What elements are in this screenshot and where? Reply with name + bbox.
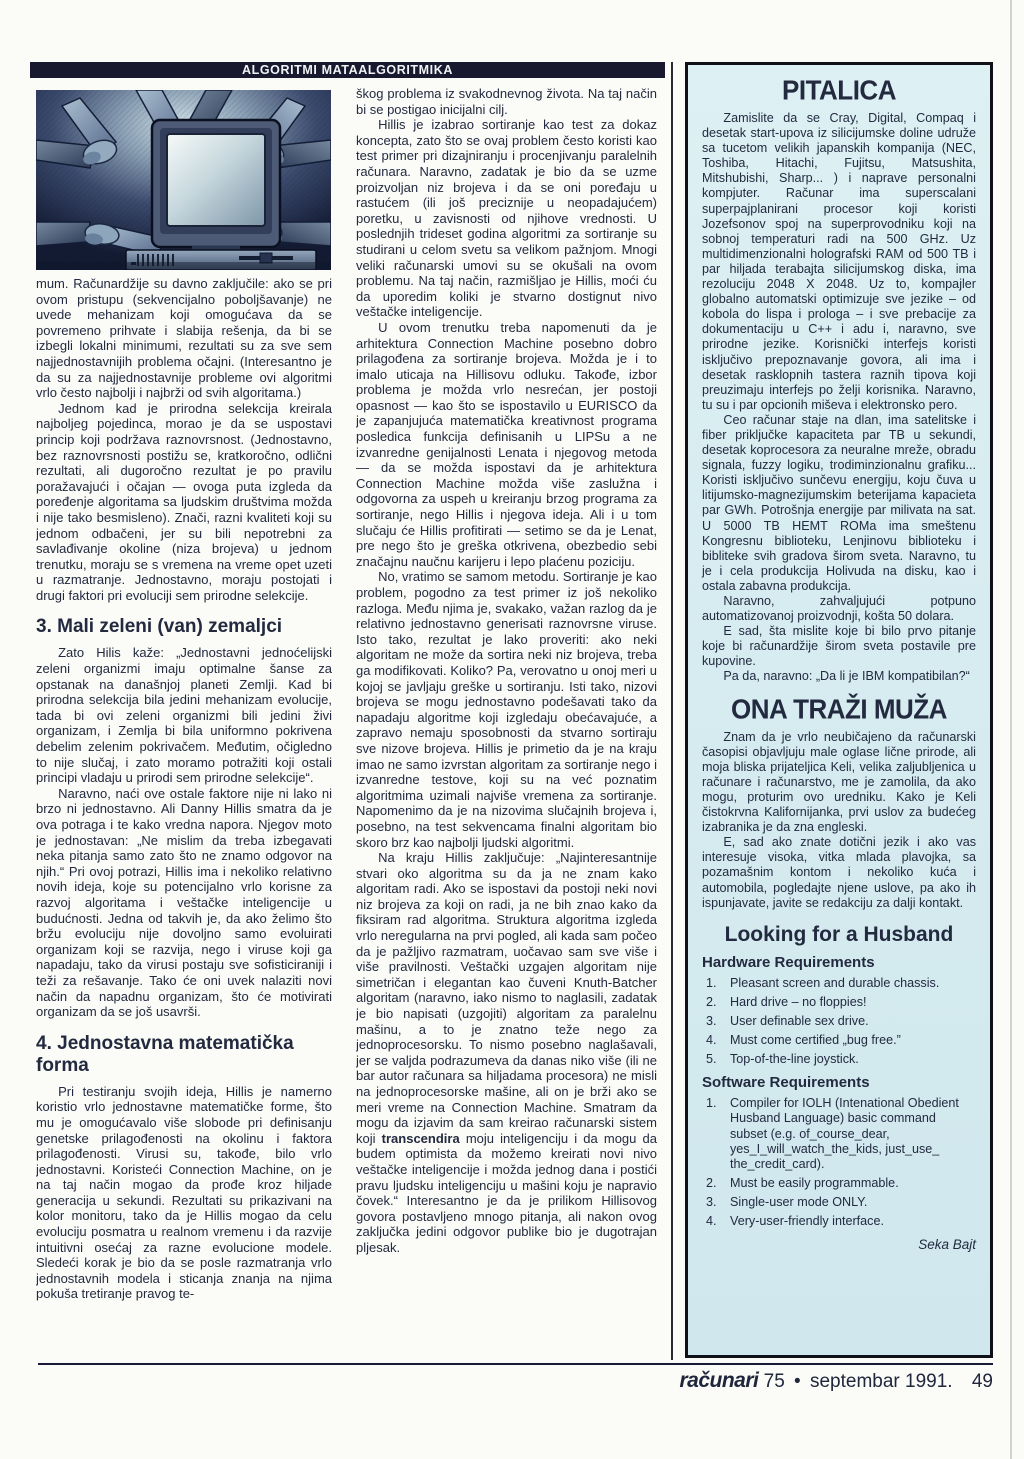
section-heading-3: 3. Mali zeleni (van) zemaljci xyxy=(36,616,332,638)
page-number: 49 xyxy=(972,1371,993,1392)
paragraph: Pa da, naravno: „Da li je IBM kompatibil… xyxy=(702,669,976,684)
page-footer: računari 75 • septembar 1991. 49 xyxy=(38,1369,993,1393)
list-item: Very-user-friendly interface. xyxy=(730,1214,976,1229)
paragraph: Na kraju Hillis zaključuje: „Najinteresa… xyxy=(356,850,657,1255)
monitor xyxy=(152,120,280,251)
list-item: Top-of-the-line joystick. xyxy=(730,1052,976,1067)
software-requirements-list: Compiler for IOLH (Intenational Obedient… xyxy=(702,1096,976,1229)
section-header-bar: ALGORITMI MATAALGORITMIKA xyxy=(30,62,665,78)
paragraph-text: Na kraju Hillis zaključuje: „Najinteresa… xyxy=(356,850,657,1146)
paragraph: No, vratimo se samom metodu. Sortiranje … xyxy=(356,569,657,850)
issue-number: 75 xyxy=(764,1371,785,1392)
section-heading-4: 4. Jednostavna matematička forma xyxy=(36,1033,332,1077)
list-item: Must be easily programmable. xyxy=(730,1176,976,1191)
paragraph: E, sad ako znate dotični jezik i ako vas… xyxy=(702,835,976,910)
section-header-title: ALGORITMI MATAALGORITMIKA xyxy=(242,64,453,77)
sidebar-box: PITALICA Zamislite da se Cray, Digital, … xyxy=(685,62,993,1358)
list-item: Compiler for IOLH (Intenational Obedient… xyxy=(730,1096,976,1171)
paragraph: U ovom trenutku treba napomenuti da je a… xyxy=(356,320,657,570)
list-item: Must come certified „bug free.” xyxy=(730,1033,976,1048)
software-requirements-title: Software Requirements xyxy=(702,1075,976,1090)
author-signature: Seka Bajt xyxy=(702,1237,976,1252)
hands-monitor-illustration xyxy=(36,90,331,270)
looking-for-husband-title: Looking for a Husband xyxy=(702,923,976,947)
paragraph: Zato Hilis kaže: „Jednostavni jednoćelij… xyxy=(36,645,332,785)
list-item: Single-user mode ONLY. xyxy=(730,1195,976,1210)
paragraph: Zamislite da se Cray, Digital, Compaq i … xyxy=(702,111,976,413)
hardware-requirements-list: Pleasant screen and durable chassis. Har… xyxy=(702,976,976,1067)
paragraph-text: moju inteligenciju i da mogu da budem op… xyxy=(356,1131,657,1255)
list-item: User definable sex drive. xyxy=(730,1014,976,1029)
hardware-requirements-title: Hardware Requirements xyxy=(702,955,976,970)
paragraph: Jednom kad je prirodna selekcija kreiral… xyxy=(36,401,332,604)
paragraph: Pri testiranju svojih ideja, Hillis je n… xyxy=(36,1084,332,1302)
article-left-column: mum. Računardžije su davno zaključile: a… xyxy=(36,276,332,1358)
article-middle-column: škog problema iz svakodnevnog života. Na… xyxy=(356,86,657,1358)
paragraph: Znam da je vrlo neubičajeno da računarsk… xyxy=(702,730,976,836)
column-divider xyxy=(671,62,673,1360)
paragraph: Naravno, zahvaljujući potpuno automatizo… xyxy=(702,594,976,624)
paragraph: škog problema iz svakodnevnog života. Na… xyxy=(356,86,657,117)
paragraph: Hillis je izabrao sortiranje kao test za… xyxy=(356,117,657,320)
bullet-separator: • xyxy=(794,1371,801,1392)
paragraph: Naravno, naći ove ostale faktore nije ni… xyxy=(36,786,332,1020)
pitalica-title: PITALICA xyxy=(702,75,976,105)
paragraph: mum. Računardžije su davno zaključile: a… xyxy=(36,276,332,401)
paragraph: Ceo računar staje na dlan, ima satelitsk… xyxy=(702,413,976,594)
list-item: Pleasant screen and durable chassis. xyxy=(730,976,976,991)
article-photo xyxy=(36,90,331,270)
issue-date: septembar 1991. xyxy=(810,1371,953,1392)
magazine-logo: računari xyxy=(679,1369,758,1392)
list-item: Hard drive – no floppies! xyxy=(730,995,976,1010)
emphasized-word: transcendira xyxy=(382,1131,460,1146)
ona-trazi-muza-title: ONA TRAŽI MUŽA xyxy=(702,693,976,723)
footer-rule xyxy=(38,1363,993,1365)
scan-edge-shadow xyxy=(1010,0,1012,1459)
paragraph: E sad, šta mislite koje bi bilo prvo pit… xyxy=(702,624,976,669)
magazine-page: ALGORITMI MATAALGORITMIKA xyxy=(0,0,1024,1459)
